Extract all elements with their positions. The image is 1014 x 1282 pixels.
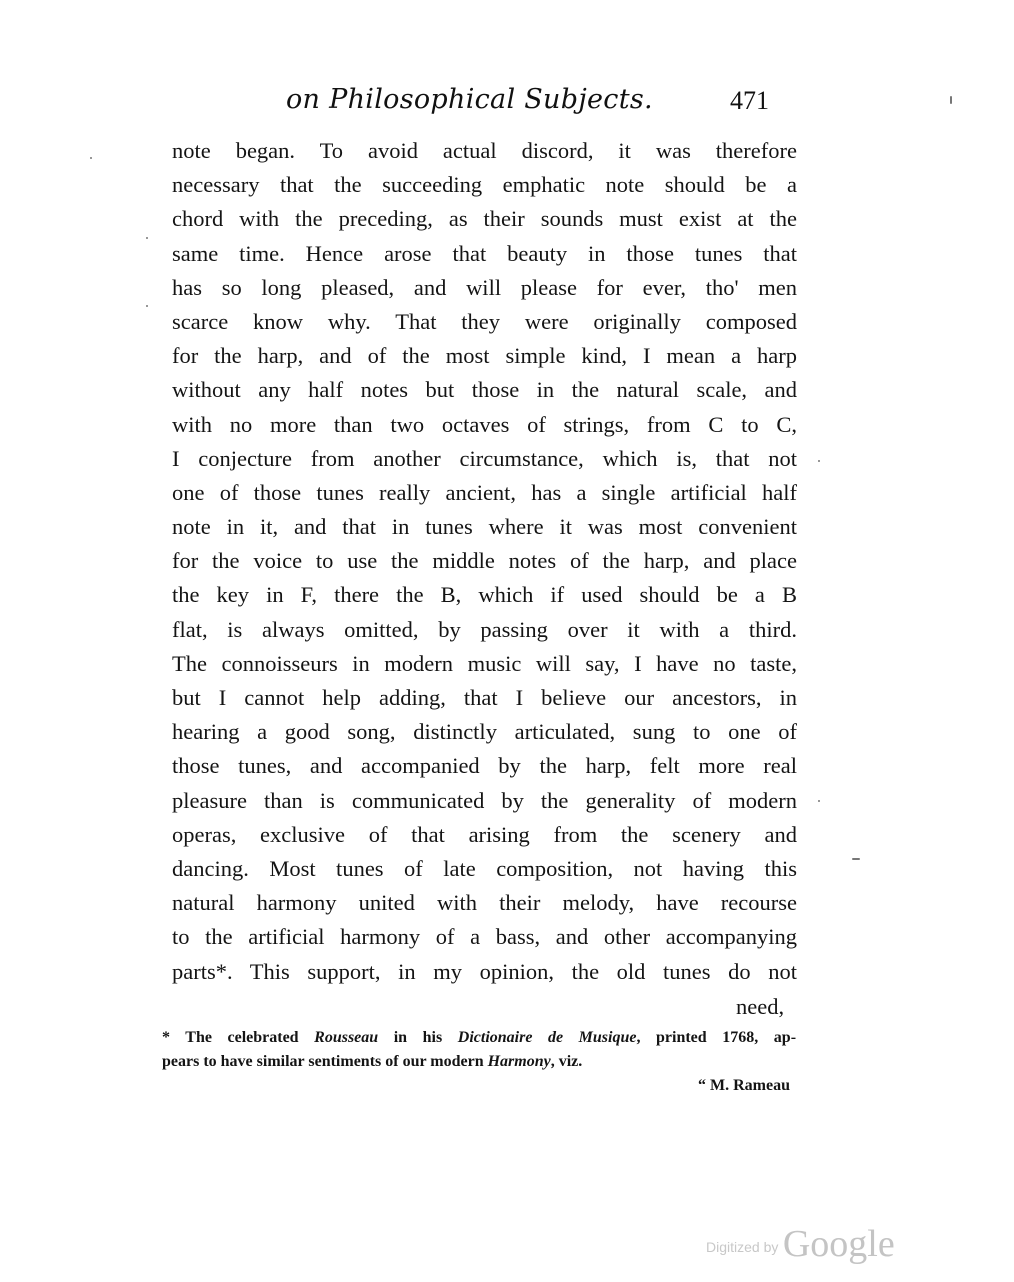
footnote-line: pears to have similar sentiments of our … bbox=[162, 1050, 796, 1074]
book-page: on Philosophical Subjects. 471 note bega… bbox=[0, 0, 1014, 1282]
footnote-text: in his bbox=[378, 1029, 458, 1046]
scan-speck bbox=[146, 305, 148, 307]
page-header: on Philosophical Subjects. 471 bbox=[286, 84, 806, 124]
text-line: scarce know why. That they were original… bbox=[172, 305, 797, 339]
body-text: note began. To avoid actual discord, it … bbox=[172, 134, 797, 989]
footnote-term: Harmony bbox=[488, 1053, 551, 1070]
footnote-text: , viz. bbox=[551, 1053, 583, 1070]
scan-speck bbox=[950, 96, 952, 104]
text-line: to the artificial harmony of a bass, and… bbox=[172, 920, 797, 954]
footnote-line: * The celebrated Rousseau in his Diction… bbox=[162, 1026, 796, 1050]
text-line: necessary that the succeeding emphatic n… bbox=[172, 168, 797, 202]
footnote-author: Rousseau bbox=[314, 1029, 378, 1046]
text-line: natural harmony united with their melody… bbox=[172, 886, 797, 920]
text-line: chord with the preceding, as their sound… bbox=[172, 202, 797, 236]
text-line: flat, is always omitted, by passing over… bbox=[172, 613, 797, 647]
footnote-text: * The celebrated bbox=[162, 1029, 314, 1046]
text-line: without any half notes but those in the … bbox=[172, 373, 797, 407]
scan-speck bbox=[852, 858, 860, 860]
watermark-prefix: Digitized by bbox=[706, 1239, 778, 1255]
text-line: those tunes, and accompanied by the harp… bbox=[172, 749, 797, 783]
text-line: hearing a good song, distinctly articula… bbox=[172, 715, 797, 749]
text-line: parts*. This support, in my opinion, the… bbox=[172, 955, 797, 989]
text-line: pleasure than is communicated by the gen… bbox=[172, 784, 797, 818]
text-line: the key in F, there the B, which if used… bbox=[172, 578, 797, 612]
text-line: but I cannot help adding, that I believe… bbox=[172, 681, 797, 715]
text-line: same time. Hence arose that beauty in th… bbox=[172, 237, 797, 271]
scan-speck bbox=[90, 157, 92, 159]
running-head: on Philosophical Subjects. bbox=[286, 84, 653, 115]
text-line: has so long pleased, and will please for… bbox=[172, 271, 797, 305]
text-line: I conjecture from another circumstance, … bbox=[172, 442, 797, 476]
text-line: dancing. Most tunes of late composition,… bbox=[172, 852, 797, 886]
text-line: operas, exclusive of that arising from t… bbox=[172, 818, 797, 852]
footnote-work-title: Dictionaire de Musique bbox=[458, 1029, 637, 1046]
scan-speck bbox=[818, 460, 820, 462]
text-line: one of those tunes really ancient, has a… bbox=[172, 476, 797, 510]
footnote-text: , printed 1768, ap- bbox=[636, 1029, 796, 1046]
footnote: * The celebrated Rousseau in his Diction… bbox=[162, 1026, 796, 1098]
scan-speck bbox=[818, 800, 820, 802]
text-line: The connoisseurs in modern music will sa… bbox=[172, 647, 797, 681]
google-logo: Google bbox=[783, 1223, 895, 1265]
text-line: with no more than two octaves of strings… bbox=[172, 408, 797, 442]
text-line: for the voice to use the middle notes of… bbox=[172, 544, 797, 578]
google-watermark: Digitized by Google bbox=[706, 1222, 895, 1266]
page-number: 471 bbox=[730, 86, 769, 116]
catchword: need, bbox=[736, 994, 784, 1020]
text-line: note began. To avoid actual discord, it … bbox=[172, 134, 797, 168]
scan-speck bbox=[146, 237, 148, 239]
text-line: for the harp, and of the most simple kin… bbox=[172, 339, 797, 373]
footnote-text: pears to have similar sentiments of our … bbox=[162, 1053, 488, 1070]
footnote-line: “ M. Rameau bbox=[162, 1074, 796, 1098]
text-line: note in it, and that in tunes where it w… bbox=[172, 510, 797, 544]
